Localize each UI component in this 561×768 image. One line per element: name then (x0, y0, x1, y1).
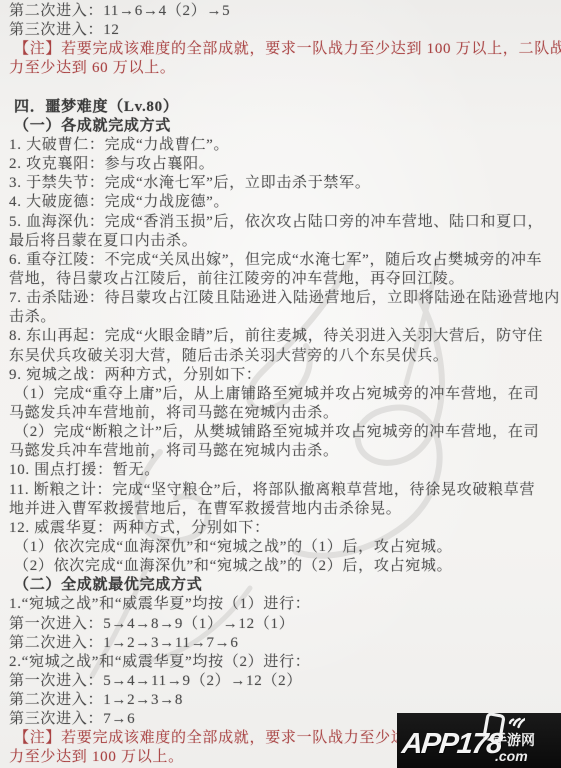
text-line: （2）依次完成“血海深仇”和“宛城之战”的（2）后，攻占宛城。 (9, 557, 555, 576)
document-lines: 第二次进入：11→6→4（2）→5第三次进入：12【注】若要完成该难度的全部成就… (0, 0, 561, 768)
text-line: 第一次进入：5→4→8→9（1）→12（1） (9, 615, 555, 634)
text-line: 1.“宛城之战”和“威震华夏”均按（1）进行： (9, 595, 555, 614)
text-line: 9. 宛城之战：两种方式，分别如下： (9, 366, 555, 385)
text-line: 力至少达到 60 万以上。 (9, 59, 555, 78)
text-line: 马懿发兵冲车营地前，将司马懿在宛城内击杀。 (9, 404, 555, 423)
logo-brand-suffix: 手游网 (493, 733, 535, 747)
text-line: 【注】若要完成该难度的全部成就，要求一队战力至少达到 100 万以上，二队战 (9, 40, 555, 59)
text-line: 6. 重夺江陵：不完成“关凤出嫁”，但完成“水淹七军”，随后攻占樊城旁的冲车 (9, 251, 555, 270)
logo-brand-text: APP178 (400, 730, 502, 759)
text-line: 12. 威震华夏：两种方式，分别如下： (9, 519, 555, 538)
text-line: （1）完成“重夺上庸”后，从上庸铺路至宛城并攻占宛城旁的冲车营地，在司 (9, 385, 555, 404)
logo-domain-text: .com (495, 749, 528, 763)
text-line: 四．噩梦难度（Lv.80） (9, 98, 555, 117)
text-line: 2. 攻克襄阳：参与攻占襄阳。 (9, 155, 555, 174)
text-line: 地并进入曹军救援营地后，在曹军救援营地内击杀徐晃。 (9, 500, 555, 519)
text-line: 马懿发兵冲车营地前，将司马懿在宛城内击杀。 (9, 442, 555, 461)
text-line: 第二次进入：1→2→3→11→7→6 (9, 634, 555, 653)
app178-logo: APP178 手游网 .com (397, 713, 561, 768)
photo-page-background: 第二次进入：11→6→4（2）→5第三次进入：12【注】若要完成该难度的全部成就… (0, 0, 561, 768)
text-line: 1. 大破曹仁：完成“力战曹仁”。 (9, 136, 555, 155)
text-line: 营地，待吕蒙攻占江陵后，前往江陵旁的冲车营地，再夺回江陵。 (9, 270, 555, 289)
text-line: 第二次进入：1→2→3→8 (9, 691, 555, 710)
text-line: 最后将吕蒙在夏口内击杀。 (9, 232, 555, 251)
text-line: 4. 大破庞德：完成“力战庞德”。 (9, 193, 555, 212)
text-line: 第一次进入：5→4→11→9（2）→12（2） (9, 672, 555, 691)
text-line: 11. 断粮之计：完成“坚守粮仓”后，将部队撤离粮草营地，待徐晃攻破粮草营 (9, 481, 555, 500)
text-line: （二）全成就最优完成方式 (9, 576, 555, 595)
text-line: （2）完成“断粮之计”后，从樊城铺路至宛城并攻占宛城旁的冲车营地，在司 (9, 423, 555, 442)
text-line: 第二次进入：11→6→4（2）→5 (9, 2, 555, 21)
text-line: （一）各成就完成方式 (9, 117, 555, 136)
blank-line (9, 79, 555, 98)
text-line: 3. 于禁失节：完成“水淹七军”后，立即击杀于禁军。 (9, 174, 555, 193)
text-line: 10. 围点打援：暂无。 (9, 461, 555, 480)
text-line: 7. 击杀陆逊：待吕蒙攻占江陵且陆逊进入陆逊营地后，立即将陆逊在陆逊营地内 (9, 289, 555, 308)
text-line: 5. 血海深仇：完成“香消玉损”后，依次攻占陆口旁的冲车营地、陆口和夏口， (9, 213, 555, 232)
text-line: 8. 东山再起：完成“火眼金睛”后，前往麦城，待关羽进入关羽大营后，防守住 (9, 327, 555, 346)
text-line: 击杀。 (9, 308, 555, 327)
text-line: （1）依次完成“血海深仇”和“宛城之战”的（1）后，攻占宛城。 (9, 538, 555, 557)
text-line: 第三次进入：12 (9, 21, 555, 40)
text-line: 2.“宛城之战”和“威震华夏”均按（2）进行： (9, 653, 555, 672)
text-line: 东吴伏兵攻破关羽大营，随后击杀关羽大营旁的八个东吴伏兵。 (9, 347, 555, 366)
